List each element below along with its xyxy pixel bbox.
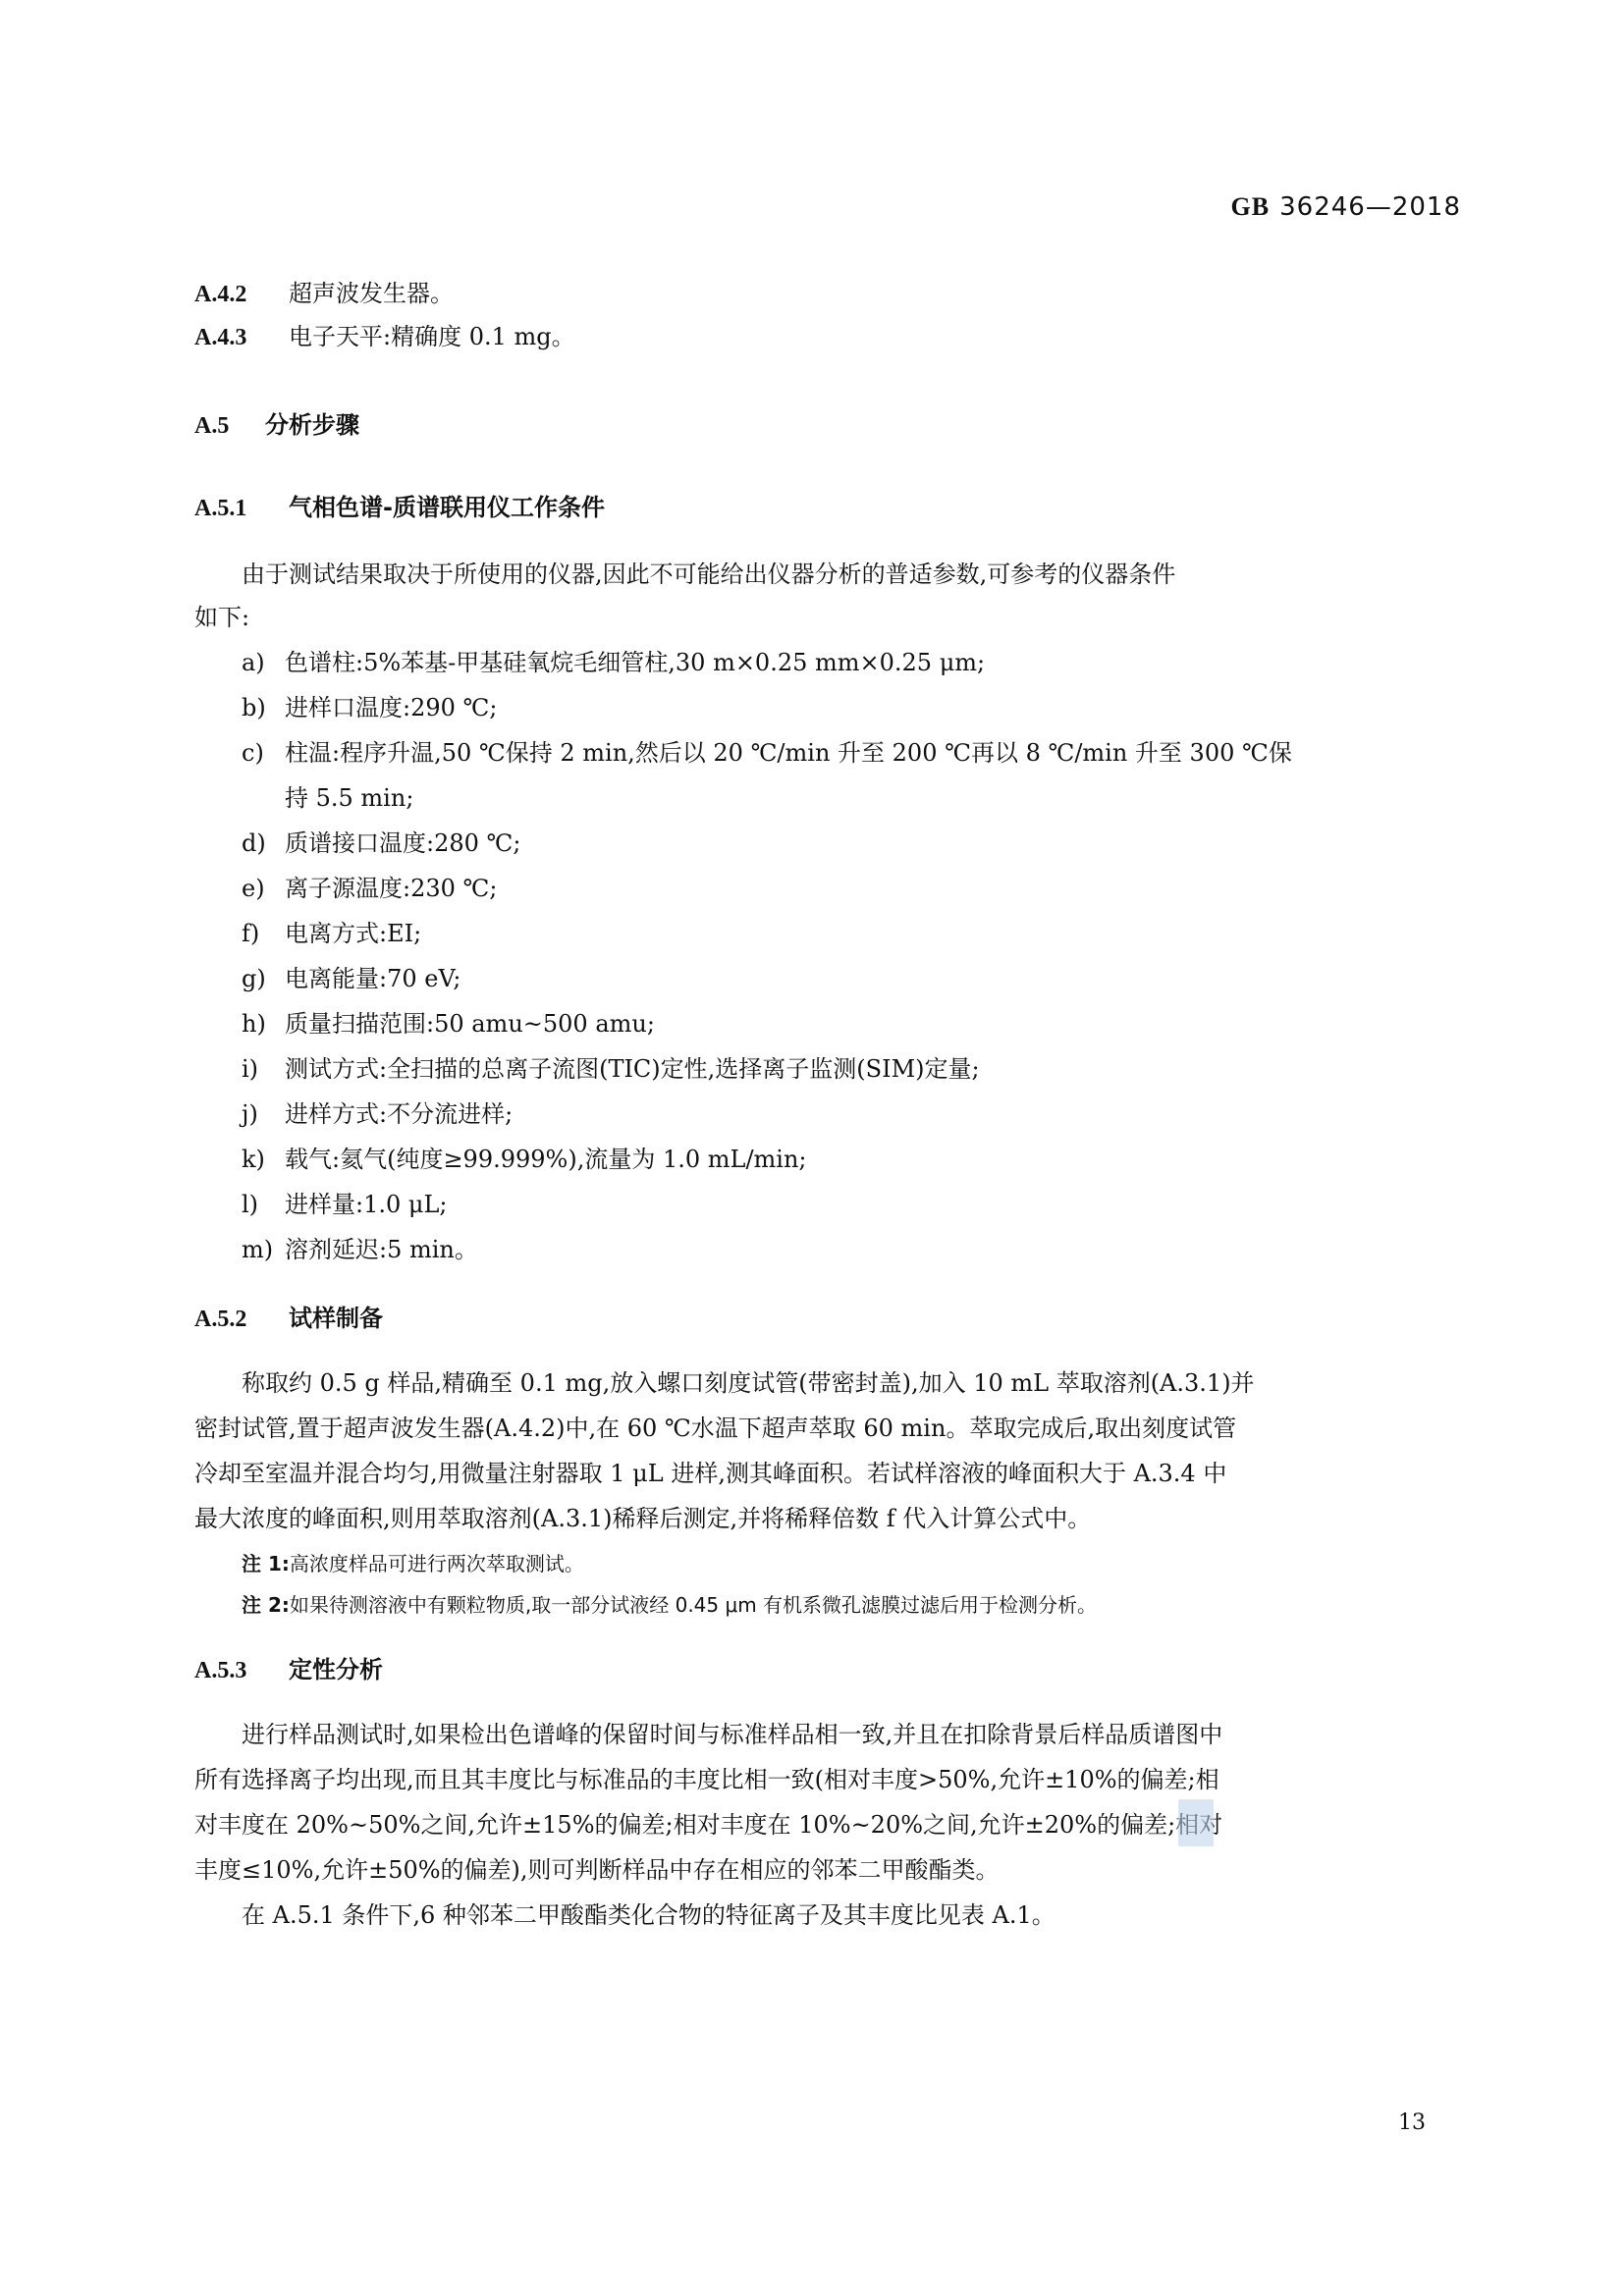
list-item-label: m) — [242, 1235, 285, 1264]
list-item: l)进样量:1.0 μL; — [242, 1190, 448, 1219]
clause-number: A.4.2 — [194, 280, 289, 309]
section-title: 气相色谱-质谱联用仪工作条件 — [289, 494, 605, 521]
list-item: g)电离能量:70 eV; — [242, 964, 460, 993]
section-number: A.5 — [194, 411, 265, 441]
paragraph-line: 冷却至室温并混合均匀,用微量注射器取 1 μL 进样,测其峰面积。若试样溶液的峰… — [194, 1459, 1226, 1488]
list-item: i)测试方式:全扫描的总离子流图(TIC)定性,选择离子监测(SIM)定量; — [242, 1054, 980, 1084]
list-item-text: 测试方式:全扫描的总离子流图(TIC)定性,选择离子监测(SIM)定量; — [285, 1055, 980, 1083]
list-item-label: e) — [242, 874, 285, 903]
paragraph-line: 在 A.5.1 条件下,6 种邻苯二甲酸酯类化合物的特征离子及其丰度比见表 A.… — [242, 1900, 1056, 1930]
list-item: e)离子源温度:230 ℃; — [242, 874, 497, 903]
list-item-text: 进样口温度:290 ℃; — [285, 694, 497, 721]
list-item-text: 柱温:程序升温,50 ℃保持 2 min,然后以 20 ℃/min 升至 200… — [285, 739, 1292, 767]
note-1: 注 1:高浓度样品可进行两次萃取测试。 — [242, 1549, 584, 1578]
paragraph-line: 由于测试结果取决于所使用的仪器,因此不可能给出仪器分析的普适参数,可参考的仪器条… — [242, 560, 1175, 589]
list-item-text: 电离方式:EI; — [285, 920, 421, 947]
clause-text: 超声波发生器。 — [289, 280, 454, 307]
paragraph-line: 密封试管,置于超声波发生器(A.4.2)中,在 60 ℃水温下超声萃取 60 m… — [194, 1414, 1236, 1443]
paragraph-line: 丰度≤10%,允许±50%的偏差),则可判断样品中存在相应的邻苯二甲酸酯类。 — [194, 1855, 1000, 1885]
page-number: 13 — [1398, 2110, 1426, 2135]
section-title: 试样制备 — [289, 1305, 383, 1332]
document-page: GB36246—2018 A.4.2超声波发生器。 A.4.3电子天平:精确度 … — [0, 0, 1624, 2296]
list-item-text: 质量扫描范围:50 amu~500 amu; — [285, 1010, 655, 1038]
list-item: b)进样口温度:290 ℃; — [242, 693, 497, 722]
list-item-text: 溶剂延迟:5 min。 — [285, 1236, 478, 1263]
list-item-text: 质谱接口温度:280 ℃; — [285, 829, 520, 857]
list-item-text: 色谱柱:5%苯基-甲基硅氧烷毛细管柱,30 m×0.25 mm×0.25 μm; — [285, 649, 985, 676]
list-item-label: k) — [242, 1145, 285, 1174]
list-item: m)溶剂延迟:5 min。 — [242, 1235, 478, 1264]
clause-number: A.4.3 — [194, 323, 289, 352]
list-item-text: 离子源温度:230 ℃; — [285, 875, 497, 902]
list-item-text: 载气:氦气(纯度≥99.999%),流量为 1.0 mL/min; — [285, 1146, 807, 1173]
clause-a43: A.4.3电子天平:精确度 0.1 mg。 — [194, 322, 575, 352]
note-label: 注 1: — [242, 1552, 290, 1575]
list-item-label: a) — [242, 648, 285, 677]
list-item-text: 电离能量:70 eV; — [285, 965, 460, 992]
standard-number: 36246—2018 — [1279, 192, 1461, 222]
standard-prefix: GB — [1231, 192, 1271, 221]
list-item-label: b) — [242, 693, 285, 722]
list-item: h)质量扫描范围:50 amu~500 amu; — [242, 1009, 655, 1039]
section-title: 分析步骤 — [265, 411, 359, 439]
clause-a42: A.4.2超声波发生器。 — [194, 279, 454, 309]
list-item-label: c) — [242, 738, 285, 768]
list-item: f)电离方式:EI; — [242, 919, 421, 948]
section-heading-a51: A.5.1气相色谱-质谱联用仪工作条件 — [194, 493, 605, 523]
list-item-label: j) — [242, 1099, 285, 1129]
note-text: 高浓度样品可进行两次萃取测试。 — [290, 1552, 584, 1575]
list-item: k)载气:氦气(纯度≥99.999%),流量为 1.0 mL/min; — [242, 1145, 807, 1174]
list-item-label: i) — [242, 1054, 285, 1084]
paragraph-line: 最大浓度的峰面积,则用萃取溶剂(A.3.1)稀释后测定,并将稀释倍数 f 代入计… — [194, 1504, 1091, 1533]
list-item-label: g) — [242, 964, 285, 993]
paragraph-line: 如下: — [194, 603, 249, 632]
list-item: c)柱温:程序升温,50 ℃保持 2 min,然后以 20 ℃/min 升至 2… — [242, 738, 1292, 768]
section-heading-a53: A.5.3定性分析 — [194, 1655, 383, 1685]
paragraph-line: 称取约 0.5 g 样品,精确至 0.1 mg,放入螺口刻度试管(带密封盖),加… — [242, 1368, 1255, 1398]
list-item-label: l) — [242, 1190, 285, 1219]
list-item-continuation: 持 5.5 min; — [285, 783, 413, 813]
note-2: 注 2:如果待测溶液中有颗粒物质,取一部分试液经 0.45 μm 有机系微孔滤膜… — [242, 1590, 1097, 1620]
clause-text: 电子天平:精确度 0.1 mg。 — [289, 323, 575, 350]
section-title: 定性分析 — [289, 1656, 383, 1683]
list-item: a)色谱柱:5%苯基-甲基硅氧烷毛细管柱,30 m×0.25 mm×0.25 μ… — [242, 648, 985, 677]
list-item-label: h) — [242, 1009, 285, 1039]
standard-code: GB36246—2018 — [1231, 192, 1461, 222]
paragraph-line: 进行样品测试时,如果检出色谱峰的保留时间与标准样品相一致,并且在扣除背景后样品质… — [242, 1720, 1222, 1749]
paragraph-line: 对丰度在 20%~50%之间,允许±15%的偏差;相对丰度在 10%~20%之间… — [194, 1810, 1222, 1840]
section-heading-a5: A.5分析步骤 — [194, 410, 359, 441]
list-item: j)进样方式:不分流进样; — [242, 1099, 513, 1129]
list-item-text: 进样方式:不分流进样; — [285, 1100, 513, 1128]
watermark-mark — [1178, 1799, 1214, 1846]
list-item-label: f) — [242, 919, 285, 948]
list-item-label: d) — [242, 828, 285, 858]
list-item-text: 进样量:1.0 μL; — [285, 1191, 448, 1218]
section-number: A.5.1 — [194, 494, 289, 523]
paragraph-line: 所有选择离子均出现,而且其丰度比与标准品的丰度比相一致(相对丰度>50%,允许±… — [194, 1765, 1219, 1794]
section-heading-a52: A.5.2试样制备 — [194, 1304, 383, 1334]
list-item: d)质谱接口温度:280 ℃; — [242, 828, 520, 858]
section-number: A.5.3 — [194, 1656, 289, 1685]
section-number: A.5.2 — [194, 1305, 289, 1334]
note-text: 如果待测溶液中有颗粒物质,取一部分试液经 0.45 μm 有机系微孔滤膜过滤后用… — [290, 1593, 1097, 1617]
note-label: 注 2: — [242, 1593, 290, 1617]
